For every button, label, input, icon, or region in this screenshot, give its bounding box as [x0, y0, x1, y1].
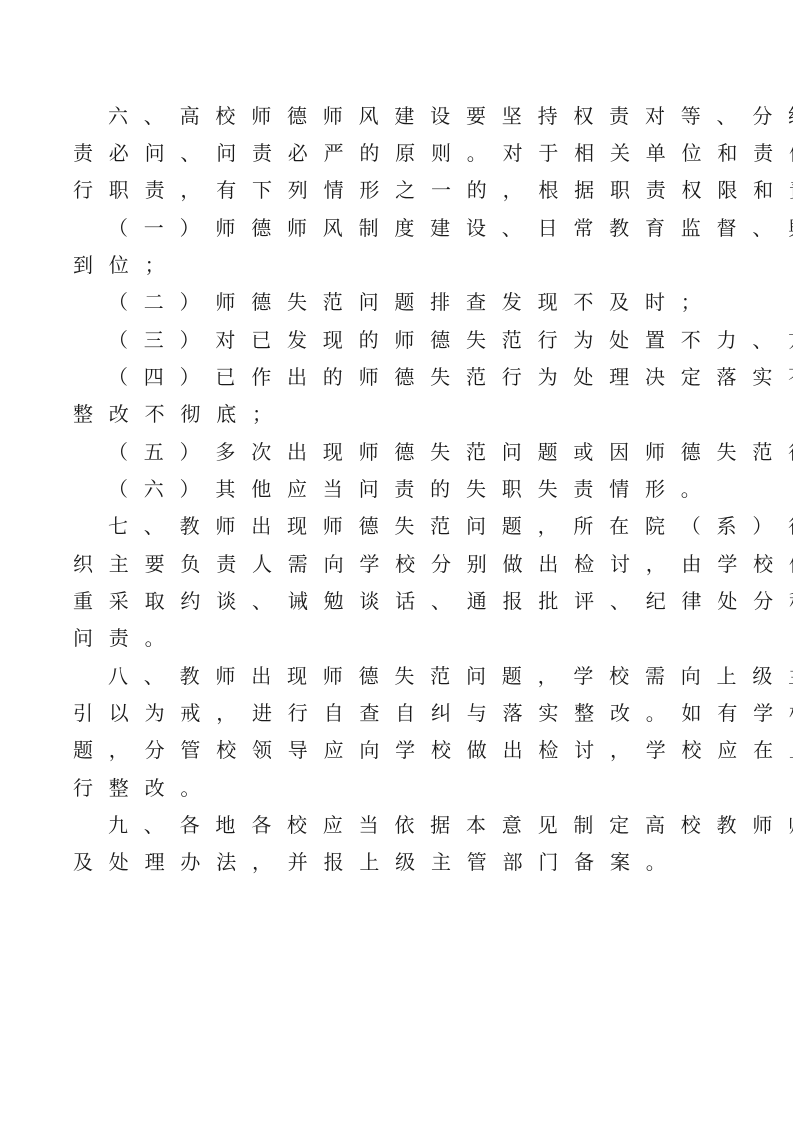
paragraph-6-line-1: 六、高校师德师风建设要坚持权责对等、分级负责、层层落实、失: [108, 98, 793, 135]
paragraph-6-line-2: 责必问、问责必严的原则。对于相关单位和责任人不履行或不正确履: [73, 135, 793, 172]
item-1-line-1: （一）师德师风制度建设、日常教育监督、舆论宣传、预防工作不: [108, 210, 793, 247]
item-1-line-2: 到位；: [73, 247, 180, 284]
item-4-line-2: 整改不彻底；: [73, 396, 288, 433]
item-3-line-1: （三）对已发现的师德失范行为处置不力、方式不当；: [108, 322, 793, 359]
paragraph-8-line-3: 题，分管校领导应向学校做出检讨，学校应在上级主管部门督导下进: [73, 732, 793, 769]
paragraph-8-line-1: 八、教师出现师德失范问题，学校需向上级主管部门做出说明，并: [108, 658, 793, 695]
paragraph-8-line-2: 引以为戒，进行自查自纠与落实整改。如有学校反复出现师德失范问: [73, 695, 793, 732]
paragraph-7-line-4: 问责。: [73, 620, 180, 657]
paragraph-7-line-2: 织主要负责人需向学校分别做出检讨，由学校依据有关规定视情节轻: [73, 546, 793, 583]
paragraph-7-line-3: 重采取约谈、诫勉谈话、通报批评、纪律处分和组织处理等方式进行: [73, 583, 793, 620]
document-page: 六、高校师德师风建设要坚持权责对等、分级负责、层层落实、失 责必问、问责必严的原…: [0, 0, 793, 1122]
item-6-line-1: （六）其他应当问责的失职失责情形。: [108, 471, 717, 508]
item-2-line-1: （二）师德失范问题排查发现不及时；: [108, 284, 717, 321]
paragraph-7-line-1: 七、教师出现师德失范问题，所在院（系）行政主要负责人和党组: [108, 508, 793, 545]
item-5-line-1: （五）多次出现师德失范问题或因师德失范行为引起不良社会影响；: [108, 434, 793, 471]
item-4-line-1: （四）已作出的师德失范行为处理决定落实不到位，师德失范行为: [108, 359, 793, 396]
paragraph-8-line-4: 行整改。: [73, 770, 216, 807]
paragraph-9-line-1: 九、各地各校应当依据本意见制定高校教师师德失范行为负面清单: [108, 807, 793, 844]
paragraph-6-line-3: 行职责，有下列情形之一的，根据职责权限和责任划分进行问责：: [73, 172, 793, 209]
paragraph-9-line-2: 及处理办法，并报上级主管部门备案。: [73, 844, 682, 881]
